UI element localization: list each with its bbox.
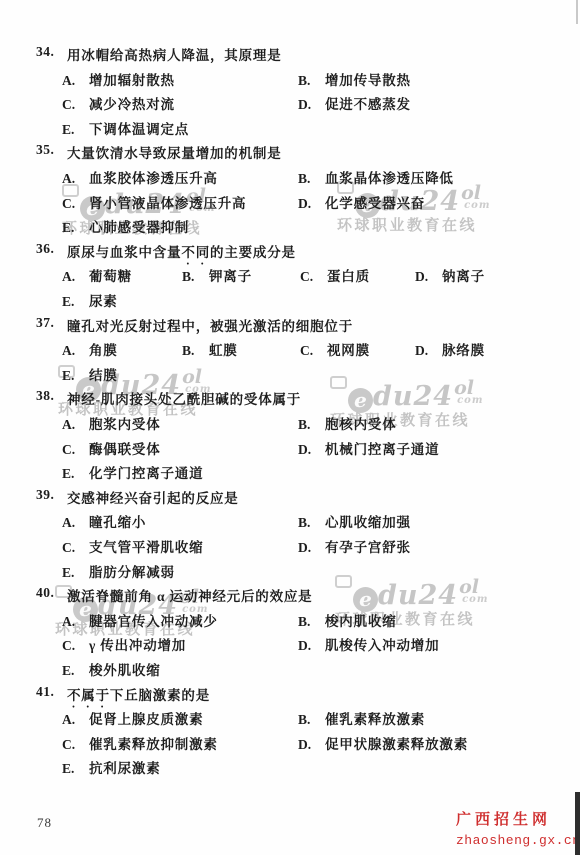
option-line: C.支气管平滑肌收缩D.有孕子宫舒张 <box>0 536 580 561</box>
option-label: A. <box>62 417 79 433</box>
option-text: 下调体温调定点 <box>89 122 189 137</box>
option: C.肾小管液晶体渗透压升高 <box>62 192 246 212</box>
question-number: 37. <box>36 315 54 331</box>
option-text: 增加传导散热 <box>325 73 411 88</box>
question-stem-emphasis: 不属于 <box>67 688 110 703</box>
option: D.钠离子 <box>415 265 485 285</box>
option-label: B. <box>182 343 199 359</box>
question-number: 34. <box>36 44 54 60</box>
option-label: C. <box>62 737 79 753</box>
scan-edge-artifact-bottom-right <box>575 792 580 855</box>
site-stamp: 广西招生网 zhaosheng.gx.cn <box>456 808 580 848</box>
option-label: A. <box>62 343 79 359</box>
option-label: D. <box>298 737 315 753</box>
site-stamp-url: zhaosheng.gx.cn <box>456 833 580 848</box>
option-text: 胞浆内受体 <box>89 417 161 432</box>
question-stem: 大量饮清水导致尿量增加的机制是 <box>67 142 282 169</box>
option-text: 肾小管液晶体渗透压升高 <box>89 196 246 211</box>
option: E.下调体温调定点 <box>62 118 189 138</box>
option: A.角膜 <box>62 339 118 359</box>
option: D.促进不感蒸发 <box>298 93 411 113</box>
option-text: 心肺感受器抑制 <box>89 220 189 235</box>
option-text: 减少冷热对流 <box>89 97 175 112</box>
question-number: 41. <box>36 684 54 700</box>
option: E.尿素 <box>62 290 118 310</box>
question-stem: 交感神经兴奋引起的反应是 <box>67 487 239 514</box>
option-label: D. <box>298 540 315 556</box>
option-label: C. <box>62 638 79 654</box>
question-stem-text: 交感神经兴奋引起的反应是 <box>67 491 239 506</box>
question-stem-text: 激活脊髓前角 α 运动神经元后的效应是 <box>67 589 312 604</box>
question-stem: 瞳孔对光反射过程中，被强光激活的细胞位于 <box>67 315 353 342</box>
option: C.催乳素释放抑制激素 <box>62 733 218 753</box>
option-text: 化学感受器兴奋 <box>325 196 425 211</box>
question-line: 35.大量饮清水导致尿量增加的机制是 <box>0 142 580 167</box>
option-label: E. <box>62 761 79 777</box>
option-line: E.下调体温调定点 <box>0 118 580 143</box>
option-label: B. <box>298 614 315 630</box>
option-label: A. <box>62 73 79 89</box>
option-line: A.腱器官传入冲动减少B.梭内肌收缩 <box>0 610 580 635</box>
option: A.增加辐射散热 <box>62 69 175 89</box>
option-text: 促肾上腺皮质激素 <box>89 712 203 727</box>
option-line: A.促肾上腺皮质激素B.催乳素释放激素 <box>0 708 580 733</box>
option-text: 梭外肌收缩 <box>89 663 161 678</box>
option-line: E.结膜 <box>0 364 580 389</box>
option-line: C.肾小管液晶体渗透压升高D.化学感受器兴奋 <box>0 192 580 217</box>
option-line: E.化学门控离子通道 <box>0 462 580 487</box>
question-line: 41.不属于下丘脑激素的是 <box>0 684 580 709</box>
question-stem: 用冰帽给高热病人降温，其原理是 <box>67 44 282 71</box>
option-text: 催乳素释放抑制激素 <box>89 737 218 752</box>
option-text: 催乳素释放激素 <box>325 712 425 727</box>
option-label: E. <box>62 663 79 679</box>
question-stem: 神经-肌肉接头处乙酰胆碱的受体属于 <box>67 388 301 415</box>
option-text: 梭内肌收缩 <box>325 614 397 629</box>
question-number: 35. <box>36 142 54 158</box>
option: E.脂肪分解减弱 <box>62 561 175 581</box>
option-label: C. <box>62 540 79 556</box>
option-label: E. <box>62 466 79 482</box>
option-text: 抗利尿激素 <box>89 761 161 776</box>
option-label: E. <box>62 368 79 384</box>
option: C.酶偶联受体 <box>62 438 161 458</box>
option-text: 脉络膜 <box>442 343 485 358</box>
option-line: A.增加辐射散热B.增加传导散热 <box>0 69 580 94</box>
option-line: E.心肺感受器抑制 <box>0 216 580 241</box>
option: B.钾离子 <box>182 265 252 285</box>
exam-page-scan: { "page": { "number": "78" }, "footer_st… <box>0 0 580 855</box>
option-label: B. <box>298 712 315 728</box>
option-line: A.瞳孔缩小B.心肌收缩加强 <box>0 511 580 536</box>
option: E.梭外肌收缩 <box>62 659 161 679</box>
option-text: 血浆晶体渗透压降低 <box>325 171 454 186</box>
option-text: 腱器官传入冲动减少 <box>89 614 218 629</box>
question-line: 39.交感神经兴奋引起的反应是 <box>0 487 580 512</box>
option-text: 虹膜 <box>209 343 238 358</box>
option-label: D. <box>298 442 315 458</box>
option-line: A.葡萄糖B.钾离子C.蛋白质D.钠离子 <box>0 265 580 290</box>
option-text: 酶偶联受体 <box>89 442 161 457</box>
option-line: C.减少冷热对流D.促进不感蒸发 <box>0 93 580 118</box>
option-text: 增加辐射散热 <box>89 73 175 88</box>
site-stamp-name: 广西招生网 <box>456 808 580 829</box>
option-line: C.催乳素释放抑制激素D.促甲状腺激素释放激素 <box>0 733 580 758</box>
question-number: 39. <box>36 487 54 503</box>
option-label: B. <box>298 417 315 433</box>
option-text: 肌梭传入冲动增加 <box>325 638 439 653</box>
option-text: 结膜 <box>89 368 118 383</box>
option: A.瞳孔缩小 <box>62 511 146 531</box>
option-text: 促甲状腺激素释放激素 <box>325 737 468 752</box>
option-text: 脂肪分解减弱 <box>89 565 175 580</box>
question-line: 34.用冰帽给高热病人降温，其原理是 <box>0 44 580 69</box>
option: D.有孕子宫舒张 <box>298 536 411 556</box>
option-line: A.角膜B.虹膜C.视网膜D.脉络膜 <box>0 339 580 364</box>
option-label: A. <box>62 269 79 285</box>
option: A.葡萄糖 <box>62 265 132 285</box>
option: B.胞核内受体 <box>298 413 397 433</box>
option-text: 胞核内受体 <box>325 417 397 432</box>
option-label: C. <box>62 196 79 212</box>
question-line: 36.原尿与血浆中含量不同的主要成分是 <box>0 241 580 266</box>
option: B.催乳素释放激素 <box>298 708 425 728</box>
option: B.血浆晶体渗透压降低 <box>298 167 454 187</box>
option: C.减少冷热对流 <box>62 93 175 113</box>
option: B.梭内肌收缩 <box>298 610 397 630</box>
option-line: C.酶偶联受体D.机械门控离子通道 <box>0 438 580 463</box>
option-line: A.胞浆内受体B.胞核内受体 <box>0 413 580 438</box>
option-text: 瞳孔缩小 <box>89 515 146 530</box>
option: C.γ 传出冲动增加 <box>62 634 186 654</box>
option-label: D. <box>298 638 315 654</box>
question-stem-text: 的主要成分是 <box>210 245 296 260</box>
option-label: E. <box>62 565 79 581</box>
option-text: 葡萄糖 <box>89 269 132 284</box>
question-stem-emphasis: 不同 <box>181 245 210 260</box>
option-label: E. <box>62 122 79 138</box>
option-text: 尿素 <box>89 294 118 309</box>
option: A.血浆胶体渗透压升高 <box>62 167 218 187</box>
option-text: 支气管平滑肌收缩 <box>89 540 203 555</box>
option-label: D. <box>415 269 432 285</box>
option-text: 角膜 <box>89 343 118 358</box>
option-label: B. <box>298 515 315 531</box>
option-line: E.尿素 <box>0 290 580 315</box>
option-text: 钠离子 <box>442 269 485 284</box>
question-number: 36. <box>36 241 54 257</box>
option-label: C. <box>300 269 317 285</box>
option: E.化学门控离子通道 <box>62 462 203 482</box>
option-text: γ 传出冲动增加 <box>89 638 186 653</box>
option: D.机械门控离子通道 <box>298 438 439 458</box>
question-list: 34.用冰帽给高热病人降温，其原理是A.增加辐射散热B.增加传导散热C.减少冷热… <box>0 44 580 814</box>
option-line: E.抗利尿激素 <box>0 757 580 782</box>
option: B.虹膜 <box>182 339 238 359</box>
option: C.视网膜 <box>300 339 370 359</box>
option: C.蛋白质 <box>300 265 370 285</box>
option-text: 视网膜 <box>327 343 370 358</box>
option-line: E.梭外肌收缩 <box>0 659 580 684</box>
option: C.支气管平滑肌收缩 <box>62 536 203 556</box>
option: D.脉络膜 <box>415 339 485 359</box>
option-label: D. <box>298 97 315 113</box>
option-label: A. <box>62 614 79 630</box>
question-stem: 原尿与血浆中含量不同的主要成分是 <box>67 241 296 268</box>
option-text: 蛋白质 <box>327 269 370 284</box>
option: B.增加传导散热 <box>298 69 411 89</box>
option-text: 心肌收缩加强 <box>325 515 411 530</box>
question-stem: 不属于下丘脑激素的是 <box>67 684 210 711</box>
option: D.肌梭传入冲动增加 <box>298 634 439 654</box>
scan-edge-artifact-top-right <box>576 0 578 24</box>
question-stem-text: 神经-肌肉接头处乙酰胆碱的受体属于 <box>67 392 301 407</box>
option-text: 有孕子宫舒张 <box>325 540 411 555</box>
question-stem-text: 原尿与血浆中含量 <box>67 245 181 260</box>
option: D.化学感受器兴奋 <box>298 192 425 212</box>
option-label: A. <box>62 171 79 187</box>
option-line: C.γ 传出冲动增加D.肌梭传入冲动增加 <box>0 634 580 659</box>
option-label: B. <box>298 73 315 89</box>
page-number: 78 <box>37 815 52 831</box>
question-stem-text: 大量饮清水导致尿量增加的机制是 <box>67 146 282 161</box>
option-label: C. <box>62 442 79 458</box>
option-label: D. <box>415 343 432 359</box>
option-text: 促进不感蒸发 <box>325 97 411 112</box>
option-label: B. <box>182 269 199 285</box>
question-number: 40. <box>36 585 54 601</box>
option-line: A.血浆胶体渗透压升高B.血浆晶体渗透压降低 <box>0 167 580 192</box>
option: E.抗利尿激素 <box>62 757 161 777</box>
option: B.心肌收缩加强 <box>298 511 411 531</box>
option-label: A. <box>62 515 79 531</box>
option-text: 血浆胶体渗透压升高 <box>89 171 218 186</box>
question-number: 38. <box>36 388 54 404</box>
option-label: E. <box>62 294 79 310</box>
question-stem-text: 瞳孔对光反射过程中，被强光激活的细胞位于 <box>67 319 353 334</box>
question-stem-text: 下丘脑激素的是 <box>110 688 210 703</box>
option: A.促肾上腺皮质激素 <box>62 708 203 728</box>
option: A.腱器官传入冲动减少 <box>62 610 218 630</box>
option: D.促甲状腺激素释放激素 <box>298 733 468 753</box>
option-label: B. <box>298 171 315 187</box>
option-line: E.脂肪分解减弱 <box>0 561 580 586</box>
option: E.心肺感受器抑制 <box>62 216 189 236</box>
question-line: 37.瞳孔对光反射过程中，被强光激活的细胞位于 <box>0 315 580 340</box>
question-stem-text: 用冰帽给高热病人降温，其原理是 <box>67 48 282 63</box>
option-text: 机械门控离子通道 <box>325 442 439 457</box>
option-label: A. <box>62 712 79 728</box>
option-label: E. <box>62 220 79 236</box>
option-text: 钾离子 <box>209 269 252 284</box>
option-label: C. <box>62 97 79 113</box>
option-text: 化学门控离子通道 <box>89 466 203 481</box>
question-line: 38.神经-肌肉接头处乙酰胆碱的受体属于 <box>0 388 580 413</box>
question-stem: 激活脊髓前角 α 运动神经元后的效应是 <box>67 585 312 612</box>
option: E.结膜 <box>62 364 118 384</box>
option: A.胞浆内受体 <box>62 413 161 433</box>
option-label: D. <box>298 196 315 212</box>
option-label: C. <box>300 343 317 359</box>
question-line: 40.激活脊髓前角 α 运动神经元后的效应是 <box>0 585 580 610</box>
